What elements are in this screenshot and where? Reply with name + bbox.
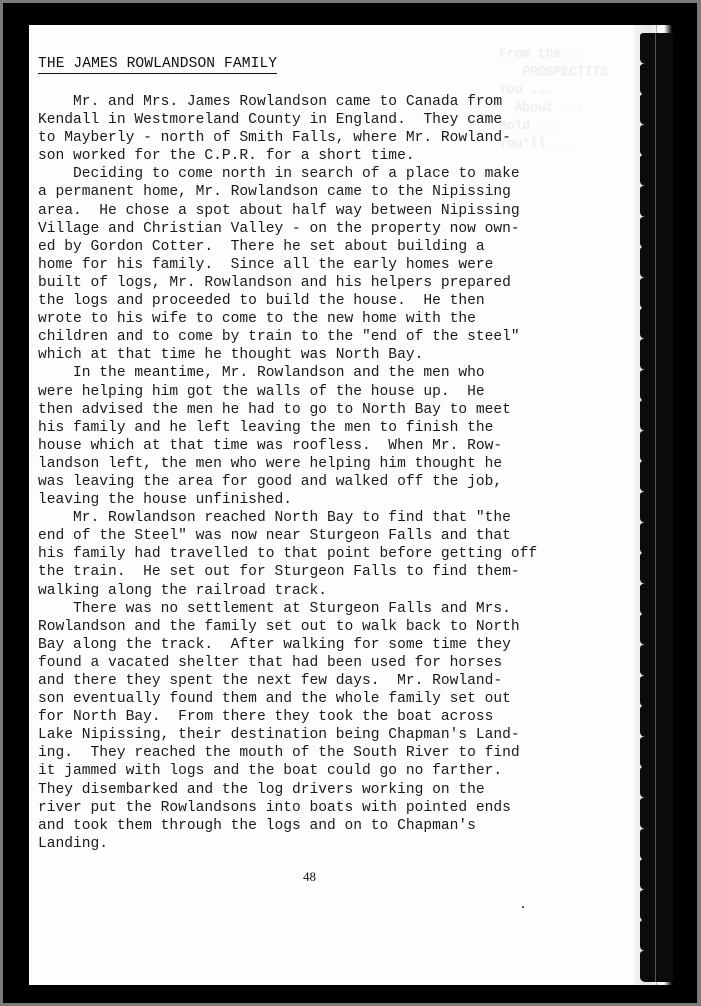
text-line: a permanent home, Mr. Rowlandson came to… — [38, 183, 598, 201]
text-line: ed by Gordon Cotter. There he set about … — [38, 238, 598, 256]
binding-ring-icon — [640, 920, 673, 951]
text-line: Mr. and Mrs. James Rowlandson came to Ca… — [38, 93, 598, 111]
page-title: THE JAMES ROWLANDSON FAMILY — [38, 56, 277, 74]
text-line: the logs and proceeded to build the hous… — [38, 292, 598, 310]
text-line: Landing. — [38, 835, 598, 853]
binding-ring-icon — [640, 492, 673, 523]
text-line: landson left, the men who were helping h… — [38, 455, 598, 473]
text-line: his family had travelled to that point b… — [38, 545, 598, 563]
binding-ring-icon — [640, 217, 673, 248]
text-line: There was no settlement at Sturgeon Fall… — [38, 600, 598, 618]
text-line: Village and Christian Valley - on the pr… — [38, 220, 598, 238]
binding-ring-icon — [640, 64, 673, 95]
binding-ring-icon — [640, 461, 673, 492]
binding-ring-icon — [640, 584, 673, 615]
text-line: They disembarked and the log drivers wor… — [38, 781, 598, 799]
text-line: Deciding to come north in search of a pl… — [38, 165, 598, 183]
binding-ring-icon — [640, 829, 673, 860]
text-line: the train. He set out for Sturgeon Falls… — [38, 563, 598, 581]
ghost-line: PROSPECTITS — [499, 63, 608, 81]
binding-ring-icon — [640, 553, 673, 584]
binding-ring-icon — [640, 247, 673, 278]
binding-ring-icon — [640, 951, 673, 982]
text-line: were helping him got the walls of the ho… — [38, 383, 598, 401]
scan-speck — [40, 565, 42, 567]
text-line: then advised the men he had to go to Nor… — [38, 401, 598, 419]
ghost-line: From the... — [499, 45, 608, 63]
binding-ring-icon — [640, 400, 673, 431]
text-line: son eventually found them and the whole … — [38, 690, 598, 708]
binding-ring-icon — [640, 155, 673, 186]
text-line: Rowlandson and the family set out to wal… — [38, 618, 598, 636]
page-number: 48 — [303, 869, 316, 885]
binding-ring-icon — [640, 308, 673, 339]
text-line: his family and he left leaving the men t… — [38, 419, 598, 437]
text-line: wrote to his wife to come to the new hom… — [38, 310, 598, 328]
binding-ring-icon — [640, 614, 673, 645]
text-line: found a vacated shelter that had been us… — [38, 654, 598, 672]
binding-ring-icon — [640, 278, 673, 309]
text-line: built of logs, Mr. Rowlandson and his he… — [38, 274, 598, 292]
binding-ring-icon — [640, 339, 673, 370]
text-line: river put the Rowlandsons into boats wit… — [38, 799, 598, 817]
text-line: area. He chose a spot about half way bet… — [38, 202, 598, 220]
text-line: it jammed with logs and the boat could g… — [38, 762, 598, 780]
binding-ring-icon — [640, 33, 673, 64]
text-line: was leaving the area for good and walked… — [38, 473, 598, 491]
binding-ring-icon — [640, 645, 673, 676]
binding-ring-icon — [640, 186, 673, 217]
text-line: Kendall in Westmoreland County in Englan… — [38, 111, 598, 129]
binding-ring-icon — [640, 370, 673, 401]
binding-ring-icon — [640, 431, 673, 462]
text-line: children and to come by train to the "en… — [38, 328, 598, 346]
binding-ring-icon — [640, 523, 673, 554]
text-line: walking along the railroad track. — [38, 582, 598, 600]
text-line: and took them through the logs and on to… — [38, 817, 598, 835]
text-line: to Mayberly - north of Smith Falls, wher… — [38, 129, 598, 147]
binding-ring-icon — [640, 737, 673, 768]
text-line: leaving the house unfinished. — [38, 491, 598, 509]
text-line: In the meantime, Mr. Rowlandson and the … — [38, 364, 598, 382]
binding-ring-icon — [640, 94, 673, 125]
scan-speck — [522, 906, 524, 908]
text-line: house which at that time was roofless. W… — [38, 437, 598, 455]
binding-ring-icon — [640, 859, 673, 890]
text-line: son worked for the C.P.R. for a short ti… — [38, 147, 598, 165]
text-line: home for his family. Since all the early… — [38, 256, 598, 274]
binding-ring-icon — [640, 125, 673, 156]
text-line: ing. They reached the mouth of the South… — [38, 744, 598, 762]
body-text: Mr. and Mrs. James Rowlandson came to Ca… — [38, 93, 598, 853]
text-line: Mr. Rowlandson reached North Bay to find… — [38, 509, 598, 527]
spiral-binding — [634, 25, 684, 985]
document-page: From the... PROSPECTITSYou ... About ...… — [29, 25, 639, 985]
text-line: and there they spent the next few days. … — [38, 672, 598, 690]
binding-ring-icon — [640, 767, 673, 798]
binding-ring-icon — [640, 676, 673, 707]
binding-ring-icon — [640, 706, 673, 737]
text-line: Bay along the track. After walking for s… — [38, 636, 598, 654]
binding-ring-icon — [640, 798, 673, 829]
text-line: for North Bay. From there they took the … — [38, 708, 598, 726]
binding-ring-icon — [640, 890, 673, 921]
text-line: which at that time he thought was North … — [38, 346, 598, 364]
text-line: Lake Nipissing, their destination being … — [38, 726, 598, 744]
text-line: end of the Steel" was now near Sturgeon … — [38, 527, 598, 545]
